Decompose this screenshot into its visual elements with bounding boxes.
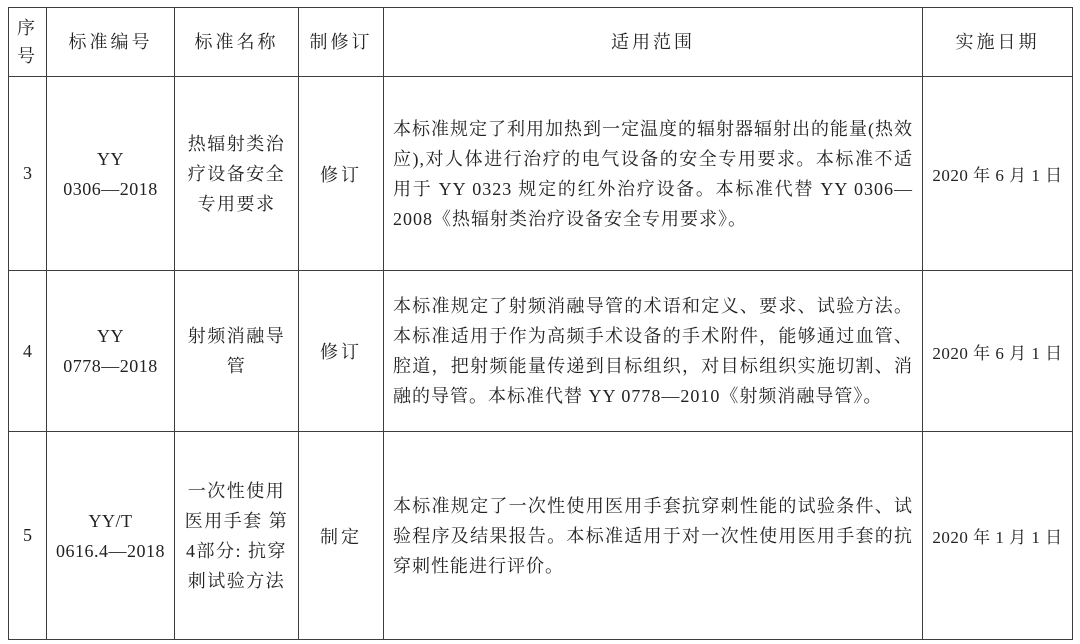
cell-implementation-date: 2020 年 1 月 1 日 bbox=[923, 432, 1073, 640]
table-row: 4 YY 0778—2018 射频消融导 管 修订 本标准规定了射频消融导管的术… bbox=[9, 271, 1073, 432]
cell-standard-name: 热辐射类治 疗设备安全 专用要求 bbox=[175, 77, 299, 271]
cell-revision-type: 修订 bbox=[299, 271, 384, 432]
cell-standard-name: 射频消融导 管 bbox=[175, 271, 299, 432]
cell-standard-code: YY/T 0616.4—2018 bbox=[47, 432, 175, 640]
table-row: 5 YY/T 0616.4—2018 一次性使用 医用手套 第 4部分: 抗穿 … bbox=[9, 432, 1073, 640]
cell-scope: 本标准规定了射频消融导管的术语和定义、要求、试验方法。本标准适用于作为高频手术设… bbox=[384, 271, 923, 432]
table-header-row: 序号 标准编号 标准名称 制修订 适用范围 实施日期 bbox=[9, 8, 1073, 77]
cell-standard-name: 一次性使用 医用手套 第 4部分: 抗穿 刺试验方法 bbox=[175, 432, 299, 640]
cell-implementation-date: 2020 年 6 月 1 日 bbox=[923, 77, 1073, 271]
cell-standard-code: YY 0778—2018 bbox=[47, 271, 175, 432]
header-standard-name: 标准名称 bbox=[175, 8, 299, 77]
table-row: 3 YY 0306—2018 热辐射类治 疗设备安全 专用要求 修订 本标准规定… bbox=[9, 77, 1073, 271]
cell-scope: 本标准规定了利用加热到一定温度的辐射器辐射出的能量(热效应),对人体进行治疗的电… bbox=[384, 77, 923, 271]
cell-serial-number: 3 bbox=[9, 77, 47, 271]
header-standard-code: 标准编号 bbox=[47, 8, 175, 77]
header-scope: 适用范围 bbox=[384, 8, 923, 77]
cell-serial-number: 4 bbox=[9, 271, 47, 432]
cell-serial-number: 5 bbox=[9, 432, 47, 640]
cell-revision-type: 制定 bbox=[299, 432, 384, 640]
header-revision-type: 制修订 bbox=[299, 8, 384, 77]
cell-implementation-date: 2020 年 6 月 1 日 bbox=[923, 271, 1073, 432]
cell-scope: 本标准规定了一次性使用医用手套抗穿刺性能的试验条件、试验程序及结果报告。本标准适… bbox=[384, 432, 923, 640]
cell-revision-type: 修订 bbox=[299, 77, 384, 271]
header-serial-number: 序号 bbox=[9, 8, 47, 77]
header-implementation-date: 实施日期 bbox=[923, 8, 1073, 77]
cell-standard-code: YY 0306—2018 bbox=[47, 77, 175, 271]
standards-table: 序号 标准编号 标准名称 制修订 适用范围 实施日期 3 YY 0306—201… bbox=[8, 7, 1073, 640]
